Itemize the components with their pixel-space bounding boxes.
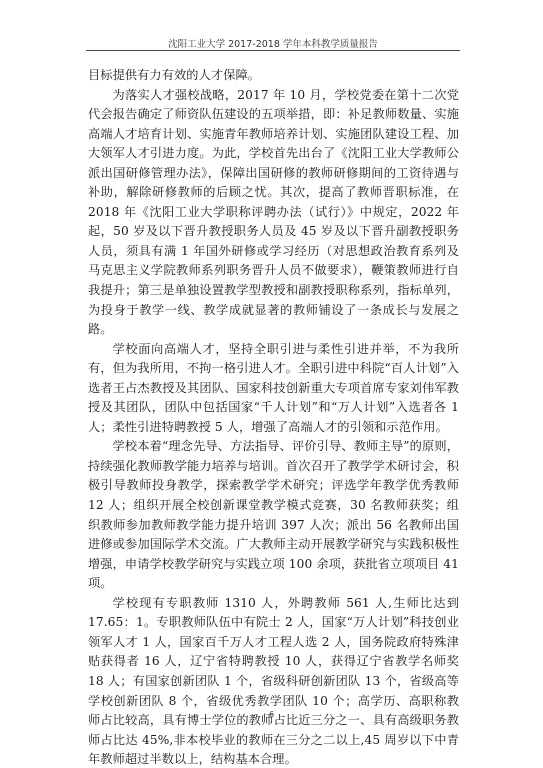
paragraph-faculty-stats: 学校现有专职教师 1310 人，外聘教师 561 人,生师比达到 17.65：1… xyxy=(88,594,459,768)
paragraph-talent-strategy: 为落实人才强校战略，2017 年 10 月，学校党委在第十二次党代会报告确定了师… xyxy=(88,86,459,340)
header-rule xyxy=(86,50,460,51)
paragraph-continuation: 目标提供有力有效的人才保障。 xyxy=(88,66,459,86)
page-number: 6 xyxy=(0,710,543,719)
paragraph-high-end-talent: 学校面向高端人才，坚持全职引进与柔性引进并举，不为我所有，但为我所用，不拘一格引… xyxy=(88,340,459,438)
running-header: 沈阳工业大学 2017-2018 学年本科教学质量报告 xyxy=(86,36,460,50)
document-body: 目标提供有力有效的人才保障。 为落实人才强校战略，2017 年 10 月，学校党… xyxy=(88,66,459,768)
paragraph-teaching-ability: 学校本着“理念先导、方法指导、评价引导、教师主导”的原则，持续强化教师教学能力培… xyxy=(88,437,459,593)
